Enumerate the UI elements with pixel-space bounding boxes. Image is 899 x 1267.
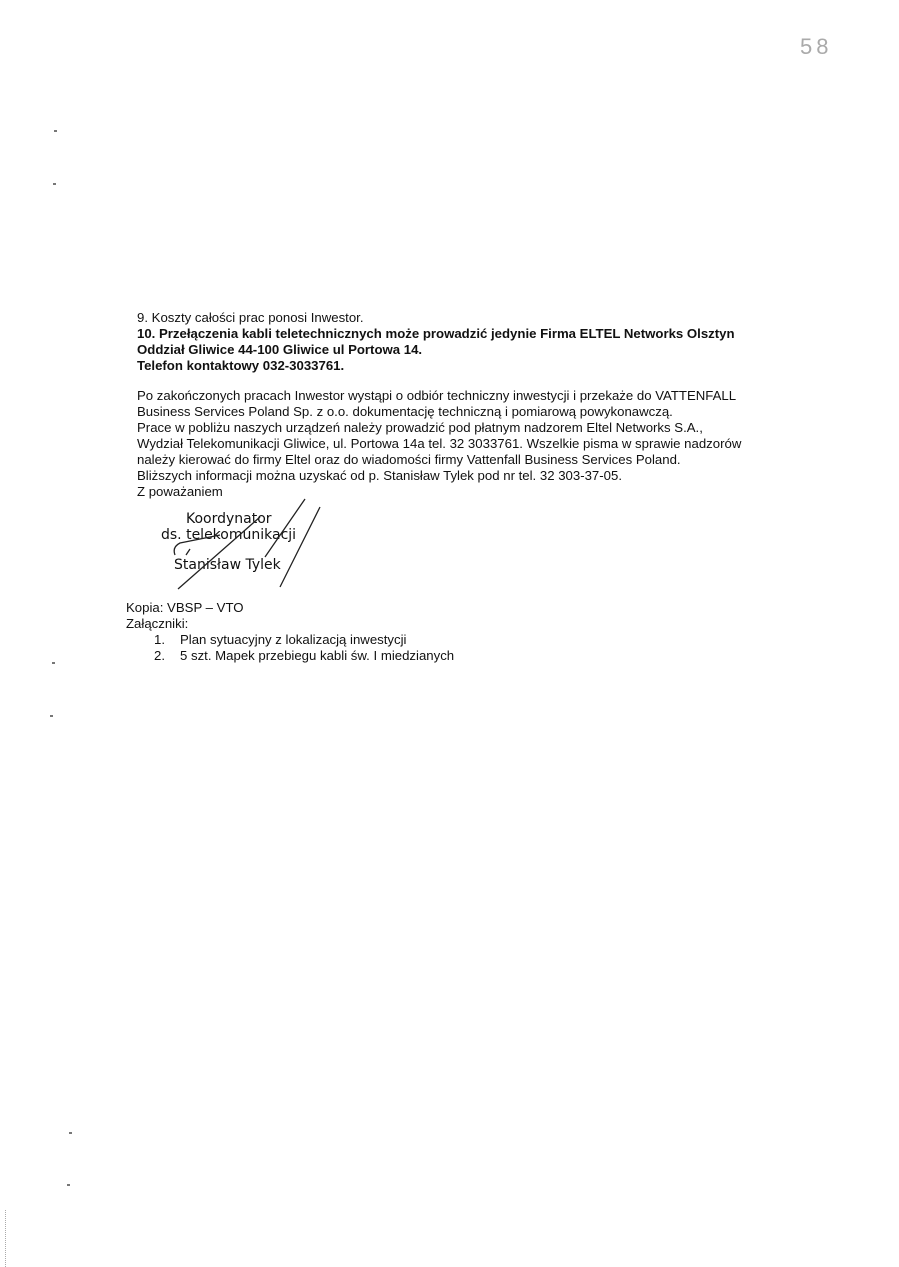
- condition-item: 9. Koszty całości prac ponosi Inwestor.: [137, 310, 735, 326]
- scan-speck: [53, 183, 56, 185]
- scan-speck: [69, 1132, 72, 1134]
- condition-item: Telefon kontaktowy 032-3033761.: [137, 358, 735, 374]
- scan-speck: [52, 662, 55, 664]
- copy-line: Kopia: VBSP – VTO: [126, 600, 454, 616]
- body-line: należy kierować do firmy Eltel oraz do w…: [137, 452, 797, 468]
- attachment-item: 1. Plan sytuacyjny z lokalizacją inwesty…: [126, 632, 454, 648]
- signature-stamp: Koordynator ds. telekomunikacji Stanisła…: [130, 497, 350, 592]
- body-line: Business Services Poland Sp. z o.o. doku…: [137, 404, 797, 420]
- body-line: Bliższych informacji można uzyskać od p.…: [137, 468, 797, 484]
- numbered-conditions: 9. Koszty całości prac ponosi Inwestor. …: [137, 310, 735, 374]
- body-line: Wydział Telekomunikacji Gliwice, ul. Por…: [137, 436, 797, 452]
- condition-item: 10. Przełączenia kabli teletechnicznych …: [137, 326, 735, 342]
- body-line: Prace w pobliżu naszych urządzeń należy …: [137, 420, 797, 436]
- scan-speck: [67, 1184, 70, 1186]
- handwritten-signature-icon: [130, 497, 350, 592]
- scan-edge: [5, 1210, 7, 1267]
- document-footer: Kopia: VBSP – VTO Załączniki: 1. Plan sy…: [126, 600, 454, 664]
- attachments-label: Załączniki:: [126, 616, 454, 632]
- scan-speck: [54, 130, 57, 132]
- body-line: Po zakończonych pracach Inwestor wystąpi…: [137, 388, 797, 404]
- closing-paragraph: Po zakończonych pracach Inwestor wystąpi…: [137, 388, 797, 500]
- attachment-item: 2. 5 szt. Mapek przebiegu kabli św. I mi…: [126, 648, 454, 664]
- condition-item: Oddział Gliwice 44-100 Gliwice ul Portow…: [137, 342, 735, 358]
- page-number: 58: [800, 34, 832, 60]
- scan-speck: [50, 715, 53, 717]
